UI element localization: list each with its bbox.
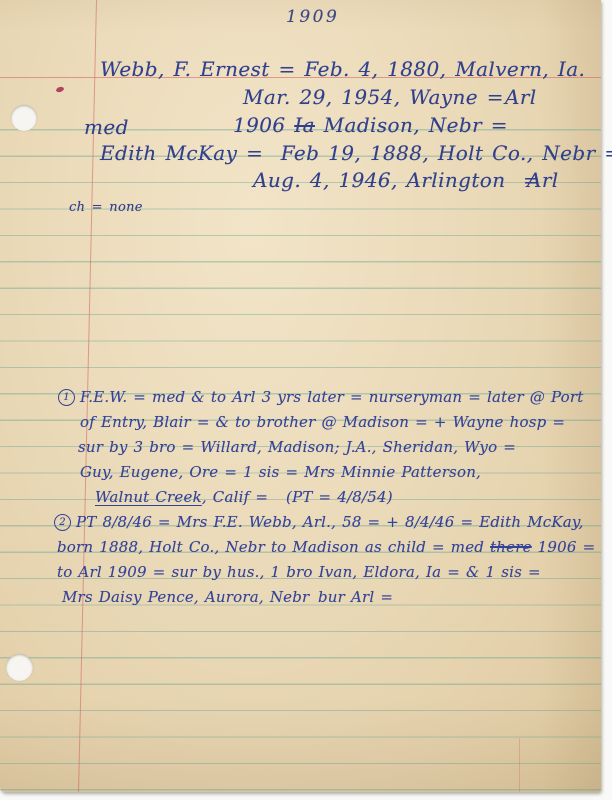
note-line-3: sur by 3 bro = Willard, Madison; J.A., S…	[78, 438, 516, 456]
wife-cemetery: Arl	[527, 168, 559, 192]
note-line-5: Walnut Creek, Calif = (PT = 4/8/54)	[95, 488, 393, 506]
married-line: 1906 Ia Madison, Nebr =	[233, 113, 508, 137]
right-margin-line-fragment	[519, 738, 520, 792]
husband-cemetery: Arl	[505, 85, 537, 109]
note-line-4: Guy, Eugene, Ore = 1 sis = Mrs Minnie Pa…	[80, 463, 481, 481]
wife-name-line: Edith McKay = Feb 19, 1888, Holt Co., Ne…	[100, 141, 612, 165]
burial-note: bur Arl =	[318, 588, 393, 606]
note-line-7: born 1888, Holt Co., Nebr to Madison as …	[57, 538, 595, 556]
hole-punch-bottom	[6, 654, 33, 681]
married-year: 1906	[233, 113, 294, 137]
children-note: ch = none	[69, 200, 143, 215]
husband-name-line: Webb, F. Ernest = Feb. 4, 1880, Malvern,…	[100, 57, 585, 81]
note-text: F.E.W. = med & to Arl 3 yrs later = nurs…	[80, 388, 583, 406]
note-struck-text: there	[490, 538, 532, 556]
note-number-badge: 1	[58, 389, 75, 406]
note-line-8: to Arl 1909 = sur by hus., 1 bro Ivan, E…	[57, 563, 541, 581]
note-text: born 1888, Holt Co., Nebr to Madison as …	[57, 538, 490, 556]
note-line-6: 2PT 8/8/46 = Mrs F.E. Webb, Arl., 58 = +…	[54, 513, 584, 531]
note-line-1: 1F.E.W. = med & to Arl 3 yrs later = nur…	[58, 388, 583, 406]
married-label: med	[84, 115, 129, 139]
note-text: PT 8/8/46 = Mrs F.E. Webb, Arl., 58 = + …	[76, 513, 584, 531]
hole-punch-top	[11, 105, 37, 131]
note-number-badge: 2	[54, 514, 71, 531]
note-line-9: Mrs Daisy Pence, Aurora, Nebr	[62, 588, 309, 606]
married-struck-text: Ia	[294, 113, 315, 137]
wife-death-line: Aug. 4, 1946, Arlington =	[253, 168, 540, 192]
note-text: , Calif = (PT = 4/8/54)	[202, 488, 393, 506]
note-underlined-text: Walnut Creek	[95, 488, 202, 506]
note-text: 1906 =	[532, 538, 596, 556]
note-line-2: of Entry, Blair = & to brother @ Madison…	[80, 413, 565, 431]
married-place: Madison, Nebr =	[315, 113, 508, 137]
husband-death-line: Mar. 29, 1954, Wayne =	[243, 85, 504, 109]
scanned-page: 1909 Webb, F. Ernest = Feb. 4, 1880, Mal…	[0, 0, 612, 800]
year-heading: 1909	[286, 7, 339, 27]
